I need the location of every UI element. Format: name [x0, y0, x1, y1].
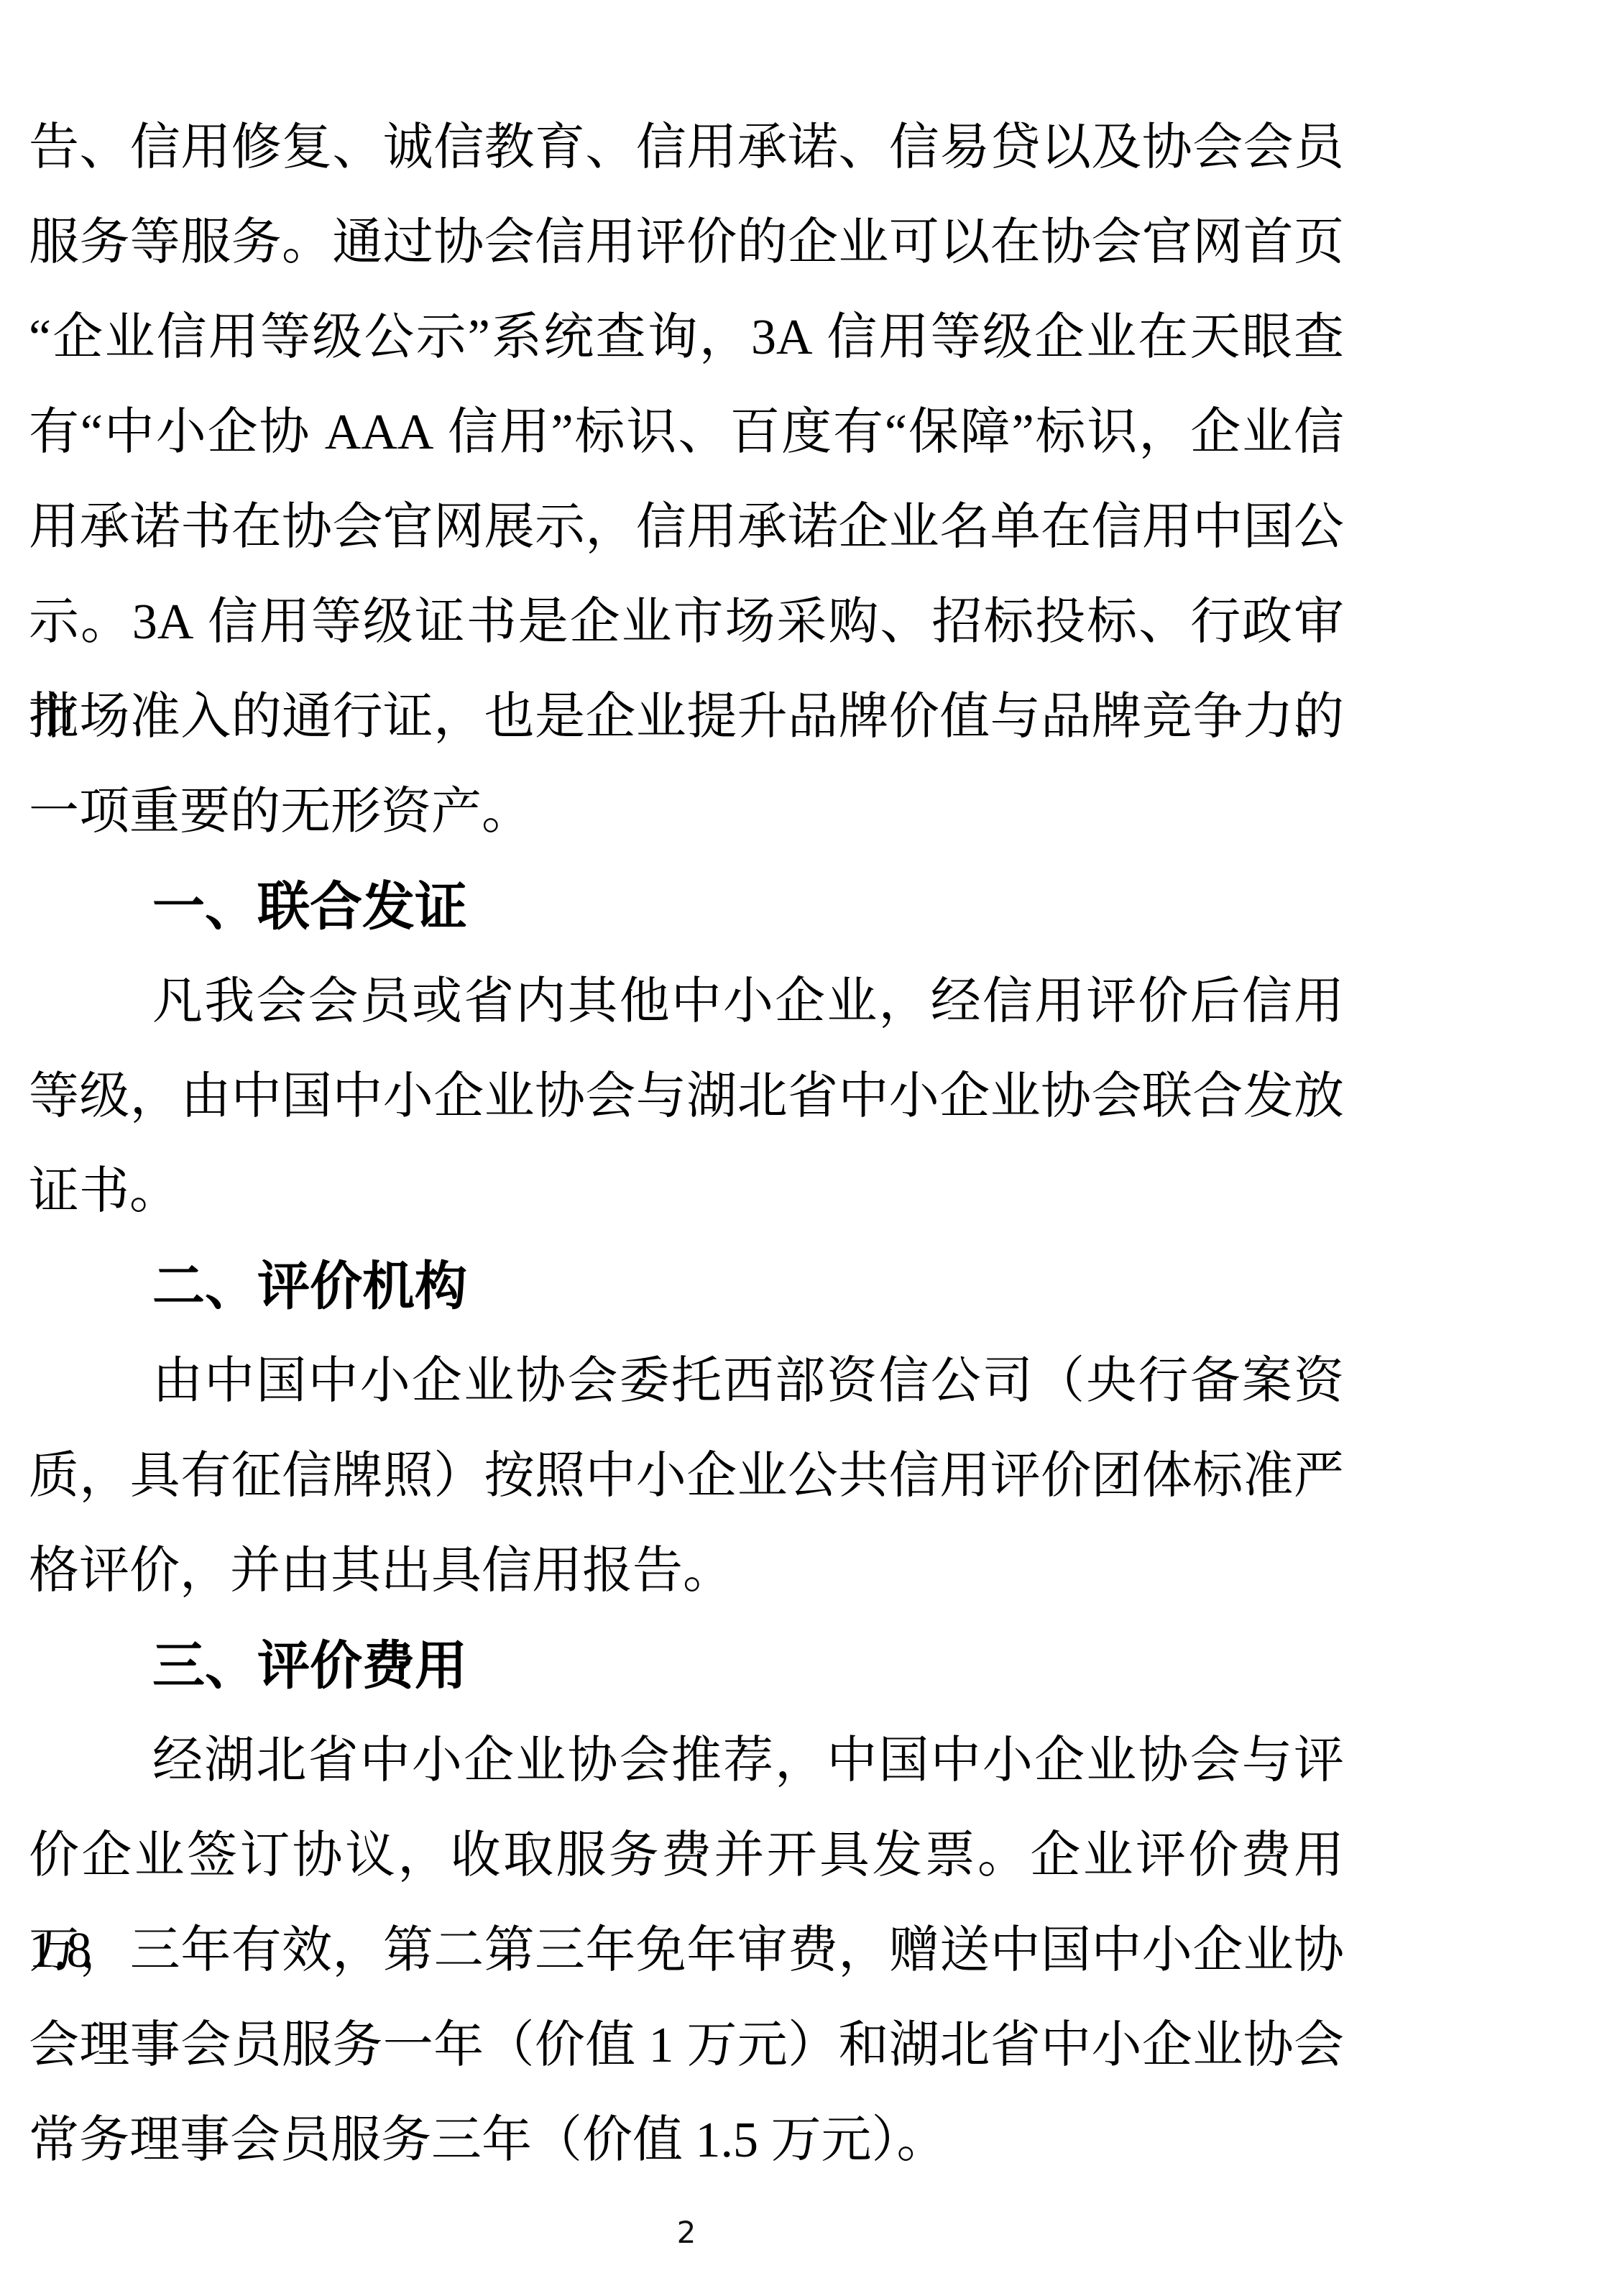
text-line: 质，具有征信牌照）按照中小企业公共信用评价团体标准严 [29, 1429, 1344, 1524]
text-line: 证书。 [29, 1144, 1344, 1239]
document-body: 告、信用修复、诚信教育、信用承诺、信易贷以及协会会员服务等服务。通过协会信用评价… [29, 101, 1344, 2188]
text-line: 由中国中小企业协会委托西部资信公司（央行备案资 [29, 1334, 1344, 1429]
section-heading: 一、联合发证 [29, 860, 1344, 955]
section-heading: 三、评价费用 [29, 1619, 1344, 1714]
section-heading: 二、评价机构 [29, 1239, 1344, 1334]
text-line: “企业信用等级公示”系统查询，3A 信用等级企业在天眼查 [29, 290, 1344, 385]
text-line: 示。3A 信用等级证书是企业市场采购、招标投标、行政审批、 [29, 575, 1344, 670]
text-line: 格评价，并由其出具信用报告。 [29, 1524, 1344, 1619]
text-line: 价企业签订协议，收取服务费并开具发票。企业评价费用 1.8 [29, 1809, 1344, 1904]
text-line: 服务等服务。通过协会信用评价的企业可以在协会官网首页 [29, 196, 1344, 290]
page-number: 2 [29, 2215, 1344, 2250]
text-line: 告、信用修复、诚信教育、信用承诺、信易贷以及协会会员 [29, 101, 1344, 196]
text-line: 市场准入的通行证，也是企业提升品牌价值与品牌竞争力的 [29, 670, 1344, 765]
text-line: 万，三年有效，第二第三年免年审费，赠送中国中小企业协 [29, 1904, 1344, 1998]
text-line: 等级，由中国中小企业协会与湖北省中小企业协会联合发放 [29, 1050, 1344, 1144]
document-page: 告、信用修复、诚信教育、信用承诺、信易贷以及协会会员服务等服务。通过协会信用评价… [0, 0, 1597, 2296]
text-line: 凡我会会员或省内其他中小企业，经信用评价后信用 [29, 955, 1344, 1050]
text-line: 经湖北省中小企业协会推荐，中国中小企业协会与评 [29, 1714, 1344, 1809]
text-line: 一项重要的无形资产。 [29, 765, 1344, 860]
text-line: 会理事会员服务一年（价值 1 万元）和湖北省中小企业协会 [29, 1998, 1344, 2093]
text-line: 有“中小企协 AAA 信用”标识、百度有“保障”标识，企业信 [29, 385, 1344, 480]
text-line: 用承诺书在协会官网展示，信用承诺企业名单在信用中国公 [29, 480, 1344, 575]
text-line: 常务理事会员服务三年（价值 1.5 万元）。 [29, 2093, 1344, 2188]
